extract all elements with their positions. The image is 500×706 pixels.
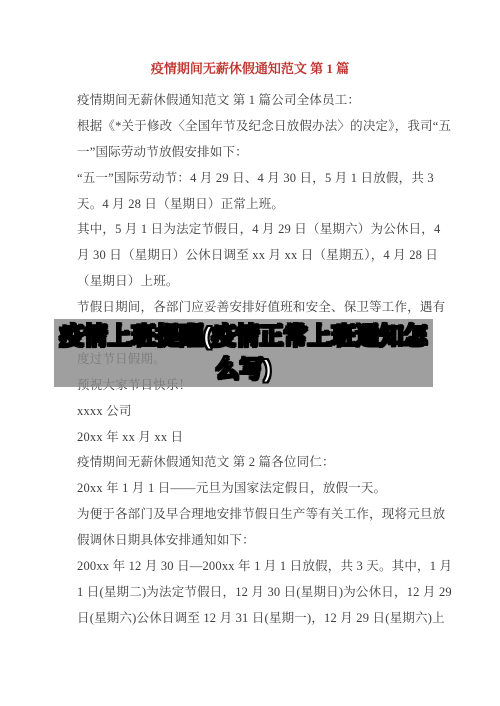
watermark-overlay: 疫情上班提醒(疫情正常上班通知怎 么写) [54,319,433,387]
doc-line: 其中，5 月 1 日为法定节假日，4 月 29 日（星期六）为公休日，4 [77,217,477,243]
doc-line: 天。4 月 28 日（星期日）正常上班。 [77,192,477,218]
doc-line: “五一”国际劳动节：4 月 29 日、4 月 30 日，5 月 1 日放假，共 … [77,166,477,192]
document-page: 疫情期间无薪休假通知范文 第 1 篇 疫情期间无薪休假通知范文 第 1 篇公司全… [0,0,500,706]
doc-line: 节假日期间，各部门应妥善安排好值班和安全、保卫等工作，遇有 [77,295,477,321]
doc-line: 一”国际劳动节放假安排如下： [77,140,477,166]
doc-line: （星期日）上班。 [77,269,477,295]
doc-line: 日(星期六)公休日调至 12 月 31 日(星期一)，12 月 29 日(星期六… [77,606,477,632]
doc-line: 根据《*关于修改〈全国年节及纪念日放假办法〉的决定》，我司“五 [77,114,477,140]
overlay-title-line2: 么写) [54,353,433,386]
doc-line: 假调休日期具体安排通知如下： [77,528,477,554]
doc-line: 为便于各部门及早合理地安排节假日生产等有关工作，现将元旦放 [77,502,477,528]
doc-line: 1 日(星期二)为法定节假日，12 月 30 日(星期日)为公休日，12 月 2… [77,580,477,606]
doc-line: 20xx 年 xx 月 xx 日 [77,425,477,451]
doc-line: 200xx 年 12 月 30 日—200xx 年 1 月 1 日放假，共 3 … [77,554,477,580]
document-title: 疫情期间无薪休假通知范文 第 1 篇 [0,56,500,82]
doc-line: 20xx 年 1 月 1 日——元旦为国家法定假日，放假一天。 [77,476,477,502]
doc-line: 月 30 日（星期日）公休日调至 xx 月 xx 日（星期五），4 月 28 日 [77,243,477,269]
doc-line: 疫情期间无薪休假通知范文 第 2 篇各位同仁： [77,450,477,476]
doc-line: xxxx 公司 [77,399,477,425]
doc-line: 疫情期间无薪休假通知范文 第 1 篇公司全体员工： [77,88,477,114]
overlay-title-line1: 疫情上班提醒(疫情正常上班通知怎 [54,320,433,353]
